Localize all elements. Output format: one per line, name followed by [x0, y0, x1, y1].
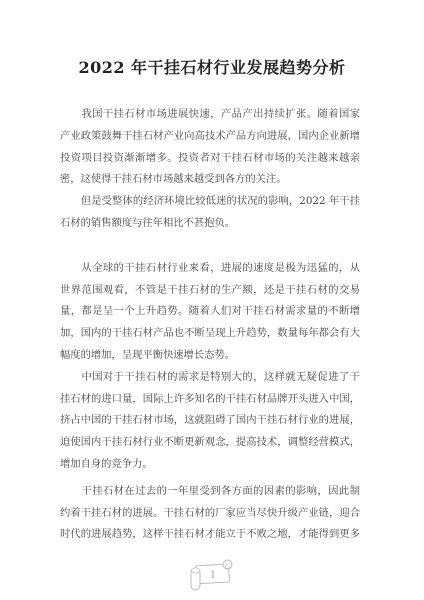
text-line: 但是受整体的经济环境比较低迷的状况的影响，2022 年干挂	[60, 191, 360, 213]
text-line: 挤占中国的干挂石材市场，这就阻碍了国内干挂石材行业的进展，	[60, 410, 360, 432]
text-line: 迫使国内干挂石材行业不断更新观念，提高技术，调整经营模式，	[60, 432, 360, 454]
text-line: 我国干挂石材市场进展快速，产品产出持续扩张。随着国家	[60, 104, 360, 126]
paragraph: 中国对于干挂石材的需求是特别大的，这样就无疑促进了干 挂石材的进口量，国际上许多…	[60, 367, 360, 476]
document-page: 2022 年干挂石材行业发展趋势分析 我国干挂石材市场进展快速，产品产出持续扩张…	[0, 0, 424, 600]
text-line: 加，国内的干挂石材产品也不断呈现上升趋势，数量每年都会有大	[60, 323, 360, 345]
text-line: 增加自身的竞争力。	[60, 454, 360, 476]
scroll-icon: 1	[185, 555, 237, 595]
text-line: 幅度的增加，呈现平衡快速增长态势。	[60, 345, 360, 367]
paragraph: 从全球的干挂石材行业来看，进展的速度是极为迅猛的，从 世界范围观看，不管是干挂石…	[60, 258, 360, 367]
text-line: 世界范围观看，不管是干挂石材的生产额，还是干挂石材的交易	[60, 280, 360, 302]
page-number: 1	[210, 571, 216, 581]
text-line: 量，都是呈一个上升趋势。随着人们对干挂石材需求量的不断增	[60, 301, 360, 323]
paragraph: 但是受整体的经济环境比较低迷的状况的影响，2022 年干挂 石材的销售额度与往年…	[60, 191, 360, 235]
page-footer: 1	[185, 555, 237, 595]
text-line: 挂石材的进口量，国际上许多知名的干挂石材品牌开头进入中国，	[60, 389, 360, 411]
paragraph: 我国干挂石材市场进展快速，产品产出持续扩张。随着国家 产业政策鼓舞干挂石材产业向…	[60, 104, 360, 191]
text-line: 产业政策鼓舞干挂石材产业向高技术产品方向进展，国内企业新增	[60, 126, 360, 148]
text-line: 石材的销售额度与往年相比不甚抱负。	[60, 213, 360, 235]
page-title: 2022 年干挂石材行业发展趋势分析	[0, 0, 424, 80]
text-line: 干挂石材在过去的一年里受到各方面的因素的影响，因此制	[60, 481, 360, 503]
text-line: 中国对于干挂石材的需求是特别大的，这样就无疑促进了干	[60, 367, 360, 389]
text-line: 约着干挂石材的进展。干挂石材的厂家应当尽快升级产业链，迎合	[60, 503, 360, 525]
text-line: 时代的进展趋势，这样干挂石材才能立于不败之地，才能得到更多	[60, 524, 360, 546]
text-line: 从全球的干挂石材行业来看，进展的速度是极为迅猛的，从	[60, 258, 360, 280]
text-line: 密，这使得干挂石材市场越来越受到各方的关注。	[60, 169, 360, 191]
text-line: 投资项目投资渐渐增多。投资者对干挂石材市场的关注越来越亲	[60, 148, 360, 170]
paragraph: 干挂石材在过去的一年里受到各方面的因素的影响，因此制 约着干挂石材的进展。干挂石…	[60, 481, 360, 546]
document-body: 我国干挂石材市场进展快速，产品产出持续扩张。随着国家 产业政策鼓舞干挂石材产业向…	[0, 104, 424, 546]
